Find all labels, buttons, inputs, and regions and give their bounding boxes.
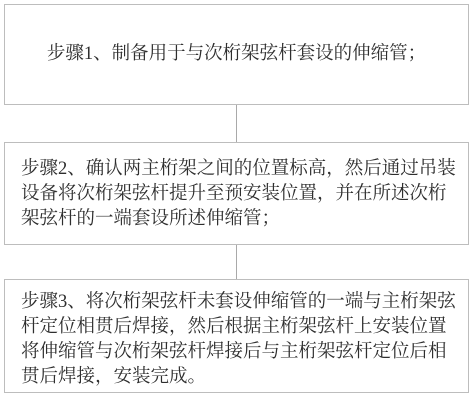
connector-line-2 <box>236 245 237 279</box>
flow-step-1-text: 步骤1、制备用于与次桁架弦杆套设的伸缩管； <box>47 42 426 67</box>
flowchart-canvas: 步骤1、制备用于与次桁架弦杆套设的伸缩管； 步骤2、确认两主桁架之间的位置标高，… <box>0 0 473 400</box>
flow-step-2-text: 步骤2、确认两主桁架之间的位置标高，然后通过吊装设备将次桁架弦杆提升至预安装位置… <box>21 159 456 229</box>
connector-line-1 <box>236 105 237 142</box>
flow-step-box-2: 步骤2、确认两主桁架之间的位置标高，然后通过吊装设备将次桁架弦杆提升至预安装位置… <box>4 142 469 245</box>
flow-step-box-3: 步骤3、将次桁架弦杆未套设伸缩管的一端与主桁架弦杆定位相贯后焊接，然后根据主桁架… <box>4 279 469 393</box>
flow-step-box-1: 步骤1、制备用于与次桁架弦杆套设的伸缩管； <box>4 4 469 105</box>
flow-step-3-text: 步骤3、将次桁架弦杆未套设伸缩管的一端与主桁架弦杆定位相贯后焊接，然后根据主桁架… <box>21 292 456 387</box>
